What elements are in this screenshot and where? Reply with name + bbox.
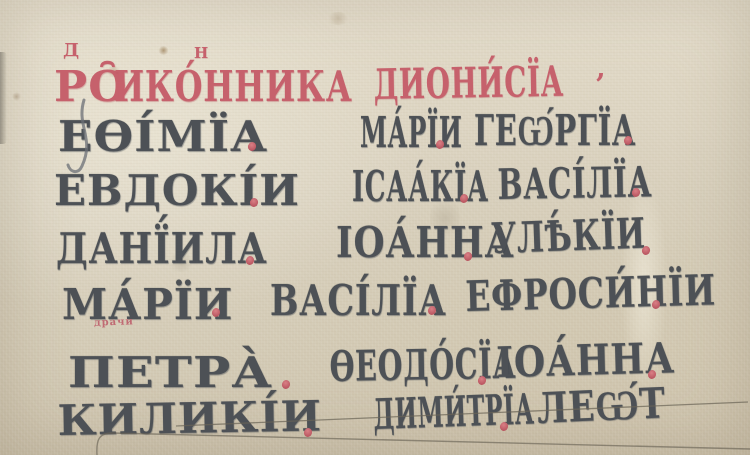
name-word: ЕВДОКІ́И (54, 170, 300, 212)
name-word: ПЕТРА̀ (68, 352, 273, 394)
name-word: ВАСІ́ЛЇА (497, 161, 652, 206)
name-word: ВАСІ́ЛЇА (270, 280, 447, 322)
name-word: МА́РЇИ (360, 112, 462, 154)
title-flourish: ’ (595, 68, 605, 103)
marginal-gloss: драчи (94, 316, 134, 328)
title-superscript-n: Н (194, 46, 208, 61)
title-word: ИКО́ННИКА (114, 66, 353, 108)
stain (12, 92, 21, 101)
title-word: ДИОНИ́СЇА (373, 61, 564, 106)
name-word: ЛЕѠ́Т (536, 382, 666, 430)
page-edge-shadow (0, 52, 7, 144)
name-word: ЕФРОСИ́НЇИ (465, 269, 717, 318)
name-word: ГЕѠ́РГЇА (474, 110, 636, 152)
name-word: ЕѲІ́МЇА (58, 116, 268, 158)
name-word: ІОА́ННА (336, 222, 515, 264)
name-word: ДИМИ́ТРЇА (373, 388, 536, 436)
stain (158, 46, 169, 55)
title-superscript-d: Д (63, 42, 79, 60)
name-word: КИЛИКІ́И (57, 395, 322, 442)
stain (326, 12, 350, 25)
manuscript-page: Д РО̑ ИКО́ННИКА Н ДИОНИ́СЇА ’ ЕѲІ́МЇА МА… (0, 0, 750, 455)
separator-dot (281, 379, 291, 390)
name-word: МА́РЇИ (62, 284, 233, 326)
name-word: УЛѢ́КЇИ (491, 213, 647, 260)
name-word: ІСАА́КЇА (352, 166, 489, 208)
name-word: ѲЕОДО́СЇА (329, 343, 516, 388)
name-word: ДАНЇ́ИЛА (56, 228, 268, 270)
